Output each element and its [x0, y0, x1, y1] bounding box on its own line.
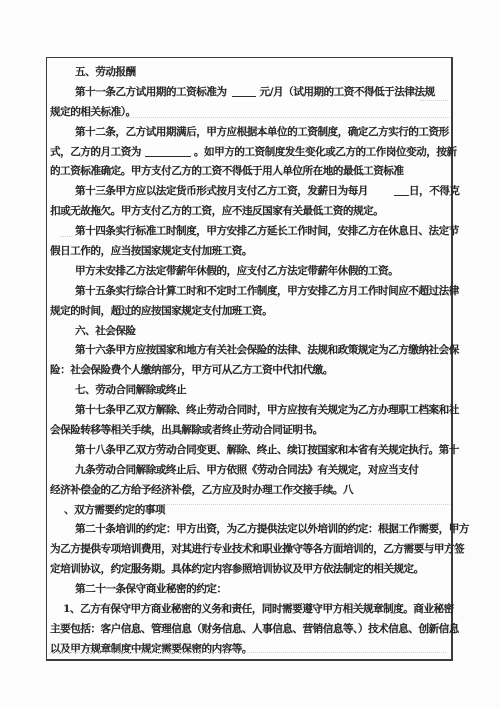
document-text: 为乙方提供专项培训费用，对其进行专业技术和职业操守等各方面培训的，乙方需要与甲方… [50, 543, 464, 555]
document-line: 经济补偿金的乙方给予经济补偿，乙方应及时办理工作交接手续。八 [50, 481, 454, 501]
scan-artifact [420, 100, 448, 101]
document-text: 元/月（试用期的工资不得低于法律法规 [260, 86, 435, 98]
document-text: 五、劳动报酬 [75, 66, 136, 78]
document-line: 规定的相关标准）。 [50, 103, 454, 123]
document-text: 1、乙方有保守甲方商业秘密的义务和责任，同时需要遵守甲方相关规章制度。商业秘密 [63, 603, 454, 615]
scan-artifact [105, 117, 450, 118]
document-border-box: 五、劳动报酬第十一条乙方试用期的工资标准为元/月（试用期的工资不得低于法律法规规… [46, 57, 453, 661]
document-line: 1、乙方有保守甲方商业秘密的义务和责任，同时需要遵守甲方相关规章制度。商业秘密 [50, 600, 454, 620]
document-text: 扣或无故拖欠。甲方支付乙方的工资，应不违反国家有关最低工资的规定。 [50, 205, 383, 217]
document-line: 主要包括：客户信息、管理信息（财务信息、人事信息、营销信息等、）技术信息、创新信… [50, 620, 454, 640]
document-text: 第十七条甲乙双方解除、终止劳动合同时，甲方应按有关规定为乙方办理职工档案和社 [75, 404, 459, 416]
document-text: 第二十一条保守商业秘密的约定： [75, 583, 227, 595]
document-body: 五、劳动报酬第十一条乙方试用期的工资标准为元/月（试用期的工资不得低于法律法规规… [50, 63, 454, 660]
document-line: 扣或无故拖欠。甲方支付乙方的工资，应不违反国家有关最低工资的规定。 [50, 202, 454, 222]
document-line: 第二十一条保守商业秘密的约定： [50, 580, 454, 600]
document-line: 五、劳动报酬 [50, 63, 454, 83]
document-text: 七、劳动合同解除或终止 [75, 384, 186, 396]
document-line: 式，乙方的月工资为。如甲方的工资制度发生变化或乙方的工作岗位变动，按新 [50, 143, 454, 163]
document-text: 经济补偿金的乙方给予经济补偿，乙方应及时办理工作交接手续。八 [50, 484, 353, 496]
document-line: 第十四条实行标准工时制度，甲方安排乙方延长工作时间，安排乙方在休息日、法定节 [50, 222, 454, 242]
document-text: 规定的时间，超过的应按国家规定支付加班工资。 [50, 305, 272, 317]
document-line: 为乙方提供专项培训费用，对其进行专业技术和职业操守等各方面培训的，乙方需要与甲方… [50, 540, 454, 560]
document-line: 第十二条，乙方试用期满后，甲方应根据本单位的工资制度，确定乙方实行的工资形 [50, 123, 454, 143]
document-text: 式，乙方的月工资为 [50, 146, 141, 158]
blank-underline [232, 87, 256, 97]
document-line: 第十一条乙方试用期的工资标准为元/月（试用期的工资不得低于法律法规 [50, 83, 454, 103]
document-line: 定培训协议，约定服务期。具体约定内容参照培训协议及甲方依法制定的相关规定。 [50, 560, 454, 580]
document-text: 假日工作的，应当按国家规定支付加班工资。 [50, 245, 252, 257]
document-text: 第十五条实行综合计算工时和不定时工作制度，甲方安排乙方月工作时间应不超过法律 [75, 285, 459, 297]
document-text: 第二十条培训的约定：甲方出资，为乙方提供法定以外培训的约定：根据工作需要，甲方 [75, 523, 469, 535]
document-text: 第十四条实行标准工时制度，甲方安排乙方延长工作时间，安排乙方在休息日、法定节 [75, 225, 459, 237]
document-text: 。如甲方的工资制度发生变化或乙方的工作岗位变动，按新 [194, 146, 457, 158]
scan-artifact [60, 236, 72, 237]
document-text: 的工资标准确定。甲方支付乙方的工资不得低于用人单位所在地的最低工资标准 [50, 165, 404, 177]
scan-artifact [165, 504, 450, 505]
document-line: 的工资标准确定。甲方支付乙方的工资不得低于用人单位所在地的最低工资标准 [50, 162, 454, 182]
document-line: 第十六条甲方应按国家和地方有关社会保险的法律、法规和政策规定为乙方缴纳社会保 [50, 341, 454, 361]
document-line: 甲方未安排乙方法定带薪年休假的，应支付乙方法定带薪年休假的工资。 [50, 262, 454, 282]
blank-underline [145, 147, 191, 157]
document-text: 定培训协议，约定服务期。具体约定内容参照培训协议及甲方依法制定的相关规定。 [50, 563, 424, 575]
document-line: 以及甲方规章制度中规定需要保密的内容等。 [50, 640, 454, 660]
document-line: 第十七条甲乙双方解除、终止劳动合同时，甲方应按有关规定为乙方办理职工档案和社 [50, 401, 454, 421]
scanned-page: { "document": { "type": "labor-contract-… [0, 0, 500, 708]
document-text: 主要包括：客户信息、管理信息（财务信息、人事信息、营销信息等、）技术信息、创新信… [50, 623, 459, 635]
document-line: 第十三条甲方应以法定货币形式按月支付乙方工资，发薪日为每月日，不得克 [50, 182, 454, 202]
document-text: 、双方需要约定的事项 [64, 504, 165, 516]
document-line: 假日工作的，应当按国家规定支付加班工资。 [50, 242, 454, 262]
document-text: 甲方未安排乙方法定带薪年休假的，应支付乙方法定带薪年休假的工资。 [75, 265, 398, 277]
document-text: 第十二条，乙方试用期满后，甲方应根据本单位的工资制度，确定乙方实行的工资形 [75, 126, 449, 138]
document-line: 第十五条实行综合计算工时和不定时工作制度，甲方安排乙方月工作时间应不超过法律 [50, 282, 454, 302]
document-line: 险：社会保险费个人缴纳部分，甲方可从乙方工资中代扣代缴。 [50, 361, 454, 381]
document-text: 规定的相关标准）。 [50, 106, 136, 118]
scan-artifact [50, 652, 446, 653]
document-text: 第十六条甲方应按国家和地方有关社会保险的法律、法规和政策规定为乙方缴纳社会保 [75, 344, 459, 356]
document-line: 九条劳动合同解除或终止后、甲方依照《劳动合同法》有关规定，对应当支付 [50, 461, 454, 481]
document-text: 险：社会保险费个人缴纳部分，甲方可从乙方工资中代扣代缴。 [50, 364, 333, 376]
document-text: 九条劳动合同解除或终止后、甲方依照《劳动合同法》有关规定，对应当支付 [75, 464, 418, 476]
blank-underline [394, 186, 409, 196]
document-line: 规定的时间，超过的应按国家规定支付加班工资。 [50, 302, 454, 322]
document-text: 第十三条甲方应以法定货币形式按月支付乙方工资，发薪日为每月 [75, 185, 368, 197]
document-text: 日，不得克 [409, 185, 460, 197]
spacer [368, 193, 394, 194]
document-text: 第十八条甲乙双方劳动合同变更、解除、终止、续订按国家和本省有关规定执行。第十 [75, 444, 459, 456]
document-line: 七、劳动合同解除或终止 [50, 381, 454, 401]
document-text: 六、社会保险 [75, 325, 136, 337]
document-text: 会保险转移等相关手续，出具解除或者终止劳动合同证明书。 [50, 424, 323, 436]
document-text: 以及甲方规章制度中规定需要保密的内容等。 [50, 643, 252, 655]
document-line: 六、社会保险 [50, 322, 454, 342]
document-text: 第十一条乙方试用期的工资标准为 [75, 86, 227, 98]
document-line: 会保险转移等相关手续，出具解除或者终止劳动合同证明书。 [50, 421, 454, 441]
document-line: 第十八条甲乙双方劳动合同变更、解除、终止、续订按国家和本省有关规定执行。第十 [50, 441, 454, 461]
document-line: 第二十条培训的约定：甲方出资，为乙方提供法定以外培训的约定：根据工作需要，甲方 [50, 520, 454, 540]
